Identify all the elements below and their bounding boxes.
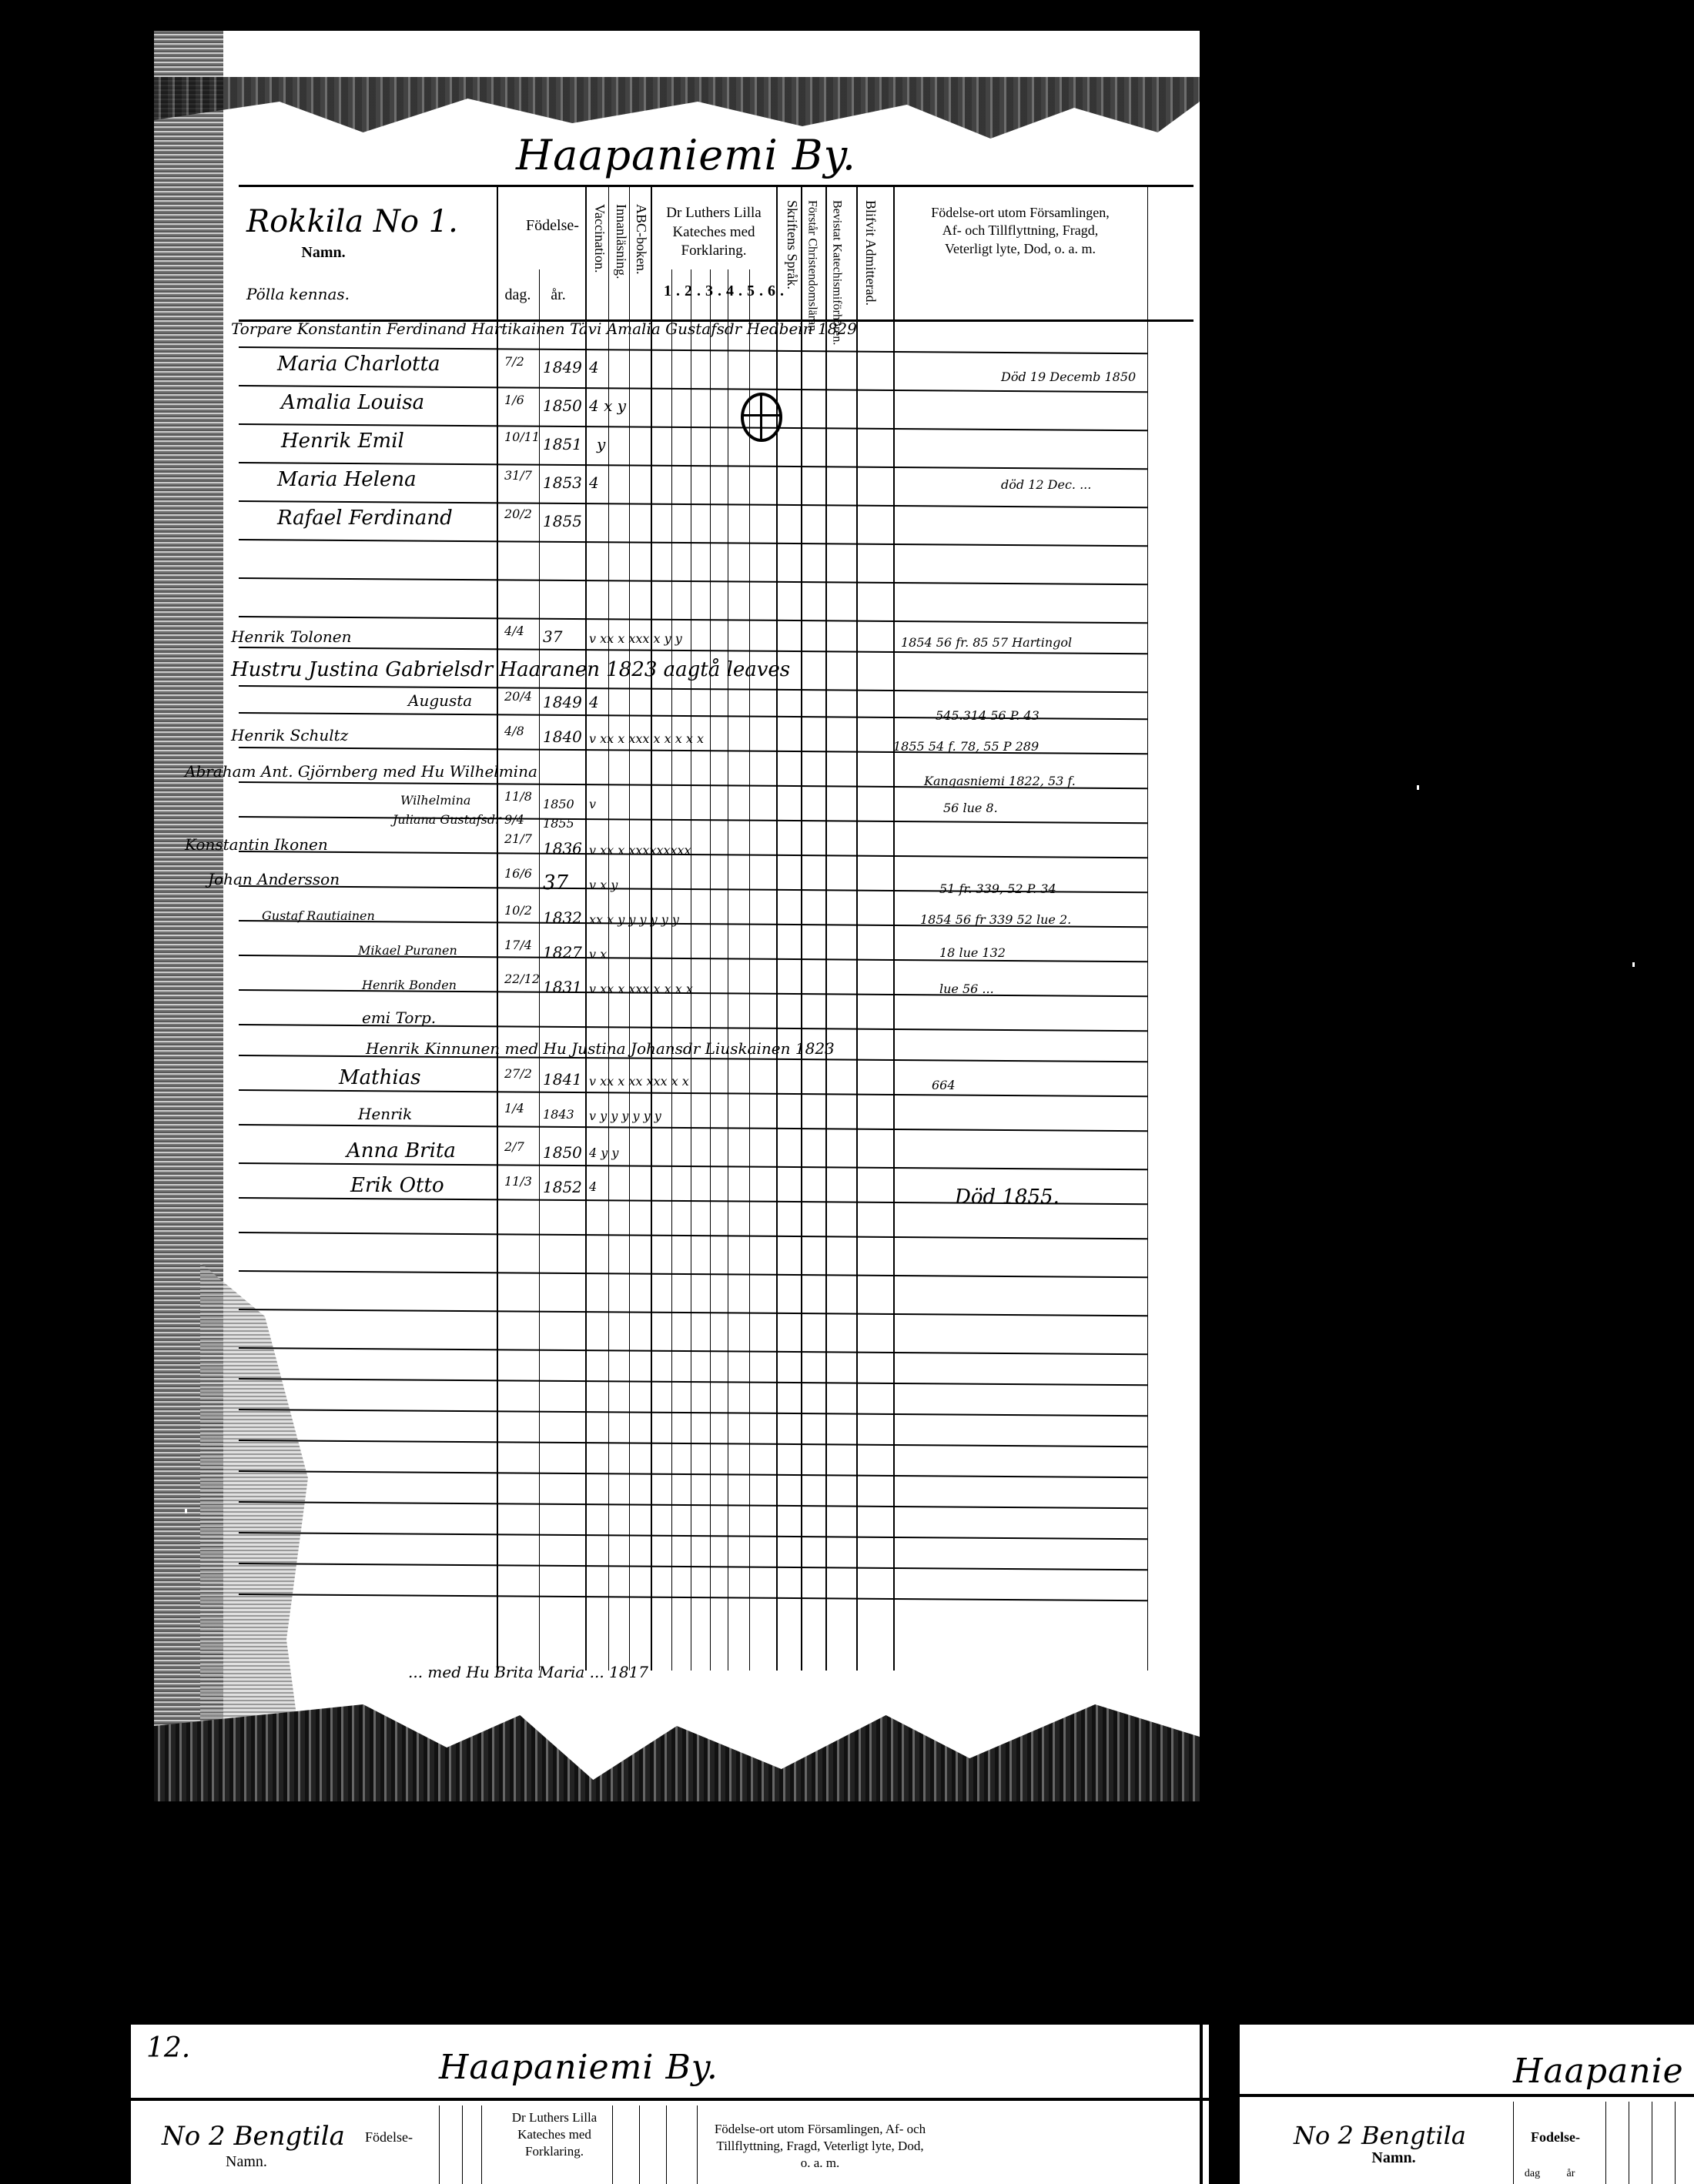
entry-birth-day: 20/4 — [504, 689, 532, 704]
register-page-bottom-right: Haapanie No 2 Bengtila Namn. Fodelse- da… — [1240, 2025, 1694, 2184]
col-divider — [439, 2105, 440, 2184]
col-divider-l5 — [749, 269, 750, 1671]
header-fodelse: Födelse- — [516, 216, 589, 236]
entry-note: död 12 Dec. ... — [1001, 477, 1091, 492]
col-divider — [1652, 2102, 1652, 2184]
header-vaccination: Vaccination. — [591, 204, 607, 273]
row-rule — [239, 1378, 1147, 1386]
col-divider-l2 — [691, 269, 691, 1671]
entry-marks: v xx x xx xxx x x — [589, 1074, 689, 1089]
header-fodelse: Födelse- — [354, 2129, 423, 2146]
entry-birth-year: 1827 — [543, 943, 582, 962]
header-fodelse-ort: Födelse-ort utom Församlingen, Af- och T… — [924, 204, 1116, 258]
col-divider-skriftens — [801, 185, 802, 1671]
entry-name: Erik Otto — [350, 1174, 444, 1197]
dust-speck — [185, 1509, 187, 1513]
torn-top-edge — [154, 77, 1200, 139]
luther-col-4: 4. — [726, 283, 747, 299]
col-divider-forstar — [825, 185, 827, 1671]
entry-name: Henrik Schultz — [231, 726, 348, 744]
col-divider — [1675, 2102, 1676, 2184]
entry-marks: 4 — [589, 473, 599, 492]
col-divider-dag — [539, 269, 540, 1671]
entry-birth-day: 10/11 — [504, 430, 540, 444]
col-divider — [1629, 2102, 1629, 2184]
entry-birth-year: 1831 — [543, 978, 582, 996]
entry-birth-year: 1843 — [543, 1107, 574, 1122]
header-ar: år — [1559, 2167, 1582, 2181]
entry-name: Mikael Puranen — [358, 943, 457, 958]
header-namn: Namn. — [285, 242, 362, 263]
col-divider — [462, 2105, 463, 2184]
entry-marks: v x y — [589, 878, 618, 892]
entry-birth-day: 11/3 — [504, 1174, 532, 1189]
row-rule — [239, 1232, 1147, 1239]
header-rule-top — [131, 2098, 1209, 2101]
row-rule — [239, 685, 1147, 693]
village-title: Haapaniemi By. — [516, 131, 856, 179]
entry-marks: 4 y y — [589, 1146, 618, 1160]
luther-col-2: 2. — [685, 283, 705, 299]
entry-birth-day: 27/2 — [504, 1066, 532, 1081]
row-rule — [239, 1162, 1147, 1170]
col-divider — [612, 2105, 613, 2184]
entry-name: Juliana Gustafsdr — [393, 812, 501, 827]
entry-marks: y — [597, 435, 605, 453]
entry-note: lue 56 ... — [939, 982, 994, 996]
entry-note: 545.314 56 P. 43 — [936, 708, 1039, 723]
col-divider — [1513, 2102, 1514, 2184]
entry-birth-day: 17/4 — [504, 938, 532, 952]
row-rule — [239, 851, 1147, 858]
col-divider — [481, 2105, 482, 2184]
col-divider — [1605, 2102, 1606, 2184]
register-page-top: Haapaniemi By. Rokkila No 1. Namn. Pölla… — [154, 31, 1200, 1801]
row-rule — [239, 1409, 1147, 1416]
entry-marks: 4 — [589, 693, 599, 711]
entry-note: Död 1855. — [955, 1186, 1060, 1209]
entry-marks: v xx x xxxxxxxxx — [589, 843, 691, 858]
row-rule — [239, 1124, 1147, 1132]
circled-cross-mark-icon — [741, 393, 782, 442]
entry-name: Wilhelmina — [400, 793, 470, 808]
entry-birth-year: 1850 — [543, 396, 582, 415]
header-innanlasning: Innanläsning. — [613, 204, 628, 279]
row-rule — [239, 539, 1147, 547]
entry-marks: v xx x xxx x x x x x — [589, 731, 704, 746]
row-rule — [239, 1309, 1147, 1316]
header-namn: Namn. — [1355, 2148, 1432, 2168]
entry-birth-year: 37 — [543, 871, 568, 895]
entry-spouse: Hustru Justina Gabrielsdr Haaranen 1823 … — [231, 658, 790, 681]
entry-birth-day: 2/7 — [504, 1139, 524, 1154]
entry-marks: 4 — [589, 1179, 597, 1194]
village-title: Haapaniemi By. — [439, 2048, 718, 2087]
header-luther-katechesis: Dr Luthers Lilla Kateches med Forklaring… — [500, 2109, 608, 2160]
header-rule-top — [239, 185, 1193, 187]
entry-note: Kangasniemi 1822, 53 f. — [924, 774, 1076, 788]
luther-col-3: 3. — [705, 283, 726, 299]
entry-marks: xx x y y y y y y — [589, 912, 679, 927]
dust-speck — [1632, 962, 1635, 967]
entry-name: Maria Charlotta — [277, 353, 440, 376]
row-rule — [239, 616, 1147, 624]
entry-name: Anna Brita — [346, 1139, 456, 1162]
col-divider-l1 — [671, 269, 672, 1671]
village-title: Haapanie — [1513, 2052, 1684, 2091]
header-namn: Namn. — [208, 2152, 285, 2172]
entry-birth-day: 16/6 — [504, 866, 532, 881]
row-rule — [239, 1470, 1147, 1478]
entry-birth-day: 7/2 — [504, 354, 524, 369]
entry-birth-day: 22/12 — [504, 972, 540, 986]
entry-birth-day: 31/7 — [504, 468, 532, 483]
section-heading: No 2 Bengtila — [1294, 2121, 1466, 2150]
entry-marks: 4 x y — [589, 396, 626, 415]
entry-birth-year: 37 — [543, 627, 562, 646]
col-divider-name — [497, 185, 498, 1671]
row-rule — [239, 1440, 1147, 1447]
entry-birth-day: 21/7 — [504, 831, 532, 846]
dust-speck — [1417, 785, 1419, 790]
col-divider-right-edge — [1147, 185, 1148, 1671]
entry-name: Henrik Tolonen — [231, 627, 351, 646]
entry-note: 1854 56 fr 339 52 lue 2. — [920, 912, 1071, 927]
entry-name: Johan Andersson — [208, 870, 340, 888]
page-number: 12. — [146, 2032, 190, 2064]
entry-birth-day: 9/4 — [504, 812, 524, 827]
entry-head-of-household: Henrik Kinnunen med Hu Justina Johansdr … — [366, 1039, 835, 1058]
entry-birth-year: 1849 — [543, 358, 582, 376]
entry-note: Död 19 Decemb 1850 — [1001, 370, 1136, 384]
entry-head-of-household: Torpare Konstantin Ferdinand Hartikainen… — [231, 319, 857, 338]
entry-birth-day: 4/8 — [504, 724, 524, 738]
entry-birth-year: 1851 — [543, 435, 582, 453]
page-gutter — [1200, 2025, 1203, 2184]
entry-note: 51 fr. 339, 52 P. 34 — [939, 881, 1056, 896]
col-divider-abc — [651, 185, 652, 1671]
entry-birth-year: 1841 — [543, 1070, 582, 1089]
col-divider-innan — [629, 185, 630, 1671]
entry-note: 18 lue 132 — [939, 945, 1006, 960]
row-rule — [239, 1594, 1147, 1601]
header-rule-top — [1240, 2094, 1694, 2097]
entry-birth-year: 1849 — [543, 693, 582, 711]
entry-birth-year: 1853 — [543, 473, 582, 492]
row-rule — [239, 577, 1147, 585]
torn-bottom-edge — [154, 1694, 1200, 1801]
entry-birth-year: 1850 — [543, 797, 574, 811]
entry-name: Abraham Ant. Gjörnberg med Hu Wilhelmina — [185, 762, 537, 781]
entry-birth-year: 1855 — [543, 816, 574, 831]
luther-col-5: 5. — [747, 283, 768, 299]
entry-note: 664 — [932, 1078, 956, 1092]
header-forstar-christendomslaran: Förstår Christendomsläran. — [805, 200, 819, 334]
entry-name: Gustaf Rautiainen — [262, 908, 375, 923]
section-heading: Rokkila No 1. — [246, 204, 458, 239]
header-dag: dag. — [500, 285, 535, 305]
section-heading: No 2 Bengtila — [162, 2121, 345, 2152]
entry-name: Henrik Emil — [281, 430, 404, 453]
entry-name: Henrik Bonden — [362, 978, 457, 992]
entry-birth-day: 10/2 — [504, 903, 532, 918]
entry-homestead: emi Torp. — [362, 1008, 436, 1027]
col-divider-l3 — [710, 269, 711, 1671]
entry-birth-day: 11/8 — [504, 789, 532, 804]
entry-name: Mathias — [339, 1066, 420, 1089]
header-blifvit-admitterad: Blifvit Admitterad. — [862, 200, 878, 306]
entry-birth-day: 1/4 — [504, 1101, 524, 1115]
entry-name: Henrik — [358, 1105, 412, 1123]
row-rule — [239, 1501, 1147, 1509]
footer-entry: ... med Hu Brita Maria ... 1817 — [408, 1663, 648, 1681]
entry-birth-year: 1840 — [543, 727, 582, 746]
col-divider — [666, 2105, 667, 2184]
col-divider-l4 — [728, 269, 728, 1671]
header-ar: år. — [543, 285, 574, 305]
entry-birth-year: 1836 — [543, 839, 582, 858]
col-divider — [639, 2105, 640, 2184]
entry-birth-year: 1832 — [543, 908, 582, 927]
row-rule — [239, 816, 1147, 824]
entry-note: 1855 54 f. 78, 55 P 289 — [893, 739, 1039, 754]
entry-marks: 4 — [589, 358, 599, 376]
entry-birth-year: 1850 — [543, 1143, 582, 1162]
header-dag: dag — [1521, 2167, 1544, 2181]
entry-birth-year: 1855 — [543, 512, 582, 530]
header-skriftens-sprak: Skriftens Språk. — [784, 200, 799, 289]
header-abc-boken: ABC-boken. — [633, 204, 648, 275]
entry-note: 1854 56 fr. 85 57 Hartingol — [901, 635, 1072, 650]
col-divider-bevistat — [856, 185, 858, 1671]
entry-birth-day: 20/2 — [504, 507, 532, 521]
header-fodelse-ort: Födelse-ort utom Församlingen, Af- och T… — [712, 2121, 928, 2172]
col-divider-ar — [585, 185, 587, 1671]
row-rule — [239, 1563, 1147, 1570]
section-subheading: Pölla kennas. — [246, 285, 350, 303]
entry-name: Augusta — [408, 691, 472, 710]
row-rule — [239, 1270, 1147, 1278]
row-rule — [239, 1089, 1147, 1097]
entry-marks: v y y y y y y — [589, 1109, 661, 1123]
entry-birth-year: 1852 — [543, 1178, 582, 1196]
header-luther-columns: 1.2.3.4.5.6. — [664, 281, 772, 301]
entry-name: Maria Helena — [277, 468, 417, 491]
luther-col-1: 1. — [664, 283, 685, 299]
entry-marks: v xx x xxx x y y — [589, 631, 682, 646]
register-page-bottom-left: 12. Haapaniemi By. No 2 Bengtila Namn. F… — [131, 2025, 1209, 2184]
header-luther-katechesis: Dr Luthers Lilla Kateches med Forklaring… — [656, 204, 772, 261]
entry-marks: v xx x xxx x x x x — [589, 982, 693, 996]
entry-marks: v — [589, 797, 596, 811]
entry-birth-day: 4/4 — [504, 624, 524, 638]
entry-name: Rafael Ferdinand — [277, 507, 453, 530]
col-divider — [697, 2105, 698, 2184]
row-rule — [239, 1347, 1147, 1355]
col-divider-blifvit — [893, 185, 895, 1671]
entry-marks: v x — [589, 947, 607, 962]
entry-note: 56 lue 8. — [943, 801, 998, 815]
entry-birth-day: 1/6 — [504, 393, 524, 407]
entry-name: Konstantin Ikonen — [185, 835, 328, 854]
row-rule — [239, 1532, 1147, 1540]
entry-name: Amalia Louisa — [281, 391, 424, 414]
header-fodelse: Fodelse- — [1521, 2129, 1590, 2146]
